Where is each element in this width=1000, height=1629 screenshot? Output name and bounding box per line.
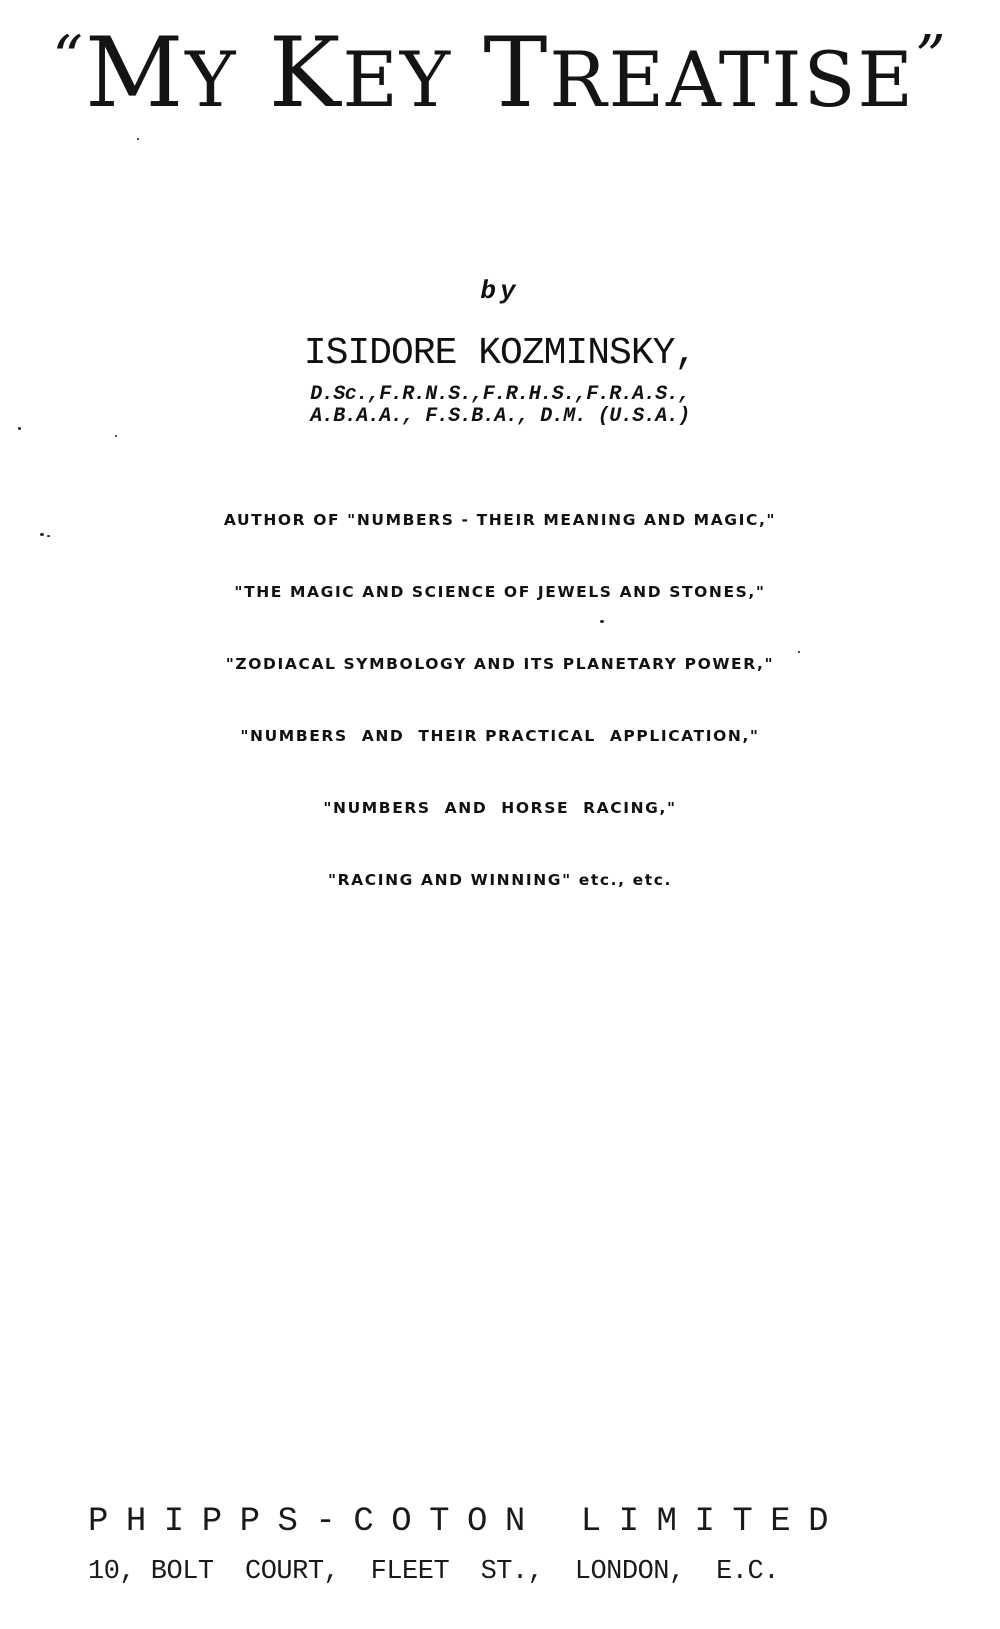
title-close-quote: ” (915, 23, 948, 93)
author-name: ISIDORE KOZMINSKY, (0, 332, 1000, 376)
other-work-line: "RACING AND WINNING" etc., etc. (0, 868, 1000, 892)
book-title: “MY KEY TREATISE” (0, 8, 1000, 130)
publisher-address: 10, BOLT COURT, FLEET ST., LONDON, E.C. (88, 1555, 779, 1589)
scan-speck (40, 533, 44, 536)
title-open-quote: “ (52, 23, 85, 93)
other-work-line: "THE MAGIC AND SCIENCE OF JEWELS AND STO… (0, 580, 1000, 604)
other-work-line: "NUMBERS AND HORSE RACING," (0, 796, 1000, 820)
scan-speck (600, 620, 604, 623)
author-degrees-line-2: A.B.A.A., F.S.B.A., D.M. (U.S.A.) (0, 406, 1000, 428)
scan-speck (115, 435, 117, 437)
other-work-line: "NUMBERS AND THEIR PRACTICAL APPLICATION… (0, 724, 1000, 748)
author-degrees-line-1: D.Sc.,F.R.N.S.,F.R.H.S.,F.R.A.S., (0, 384, 1000, 406)
other-work-line: "ZODIACAL SYMBOLOGY AND ITS PLANETARY PO… (0, 652, 1000, 676)
other-works-list: AUTHOR OF "NUMBERS - THEIR MEANING AND M… (0, 460, 1000, 916)
by-label: by (0, 276, 1000, 306)
scan-speck (18, 427, 21, 430)
scan-speck (47, 535, 50, 537)
publisher-name: PHIPPS-COTON LIMITED (88, 1502, 846, 1542)
other-work-line: AUTHOR OF "NUMBERS - THEIR MEANING AND M… (0, 508, 1000, 532)
scan-speck (798, 651, 800, 653)
scan-speck (137, 138, 139, 140)
